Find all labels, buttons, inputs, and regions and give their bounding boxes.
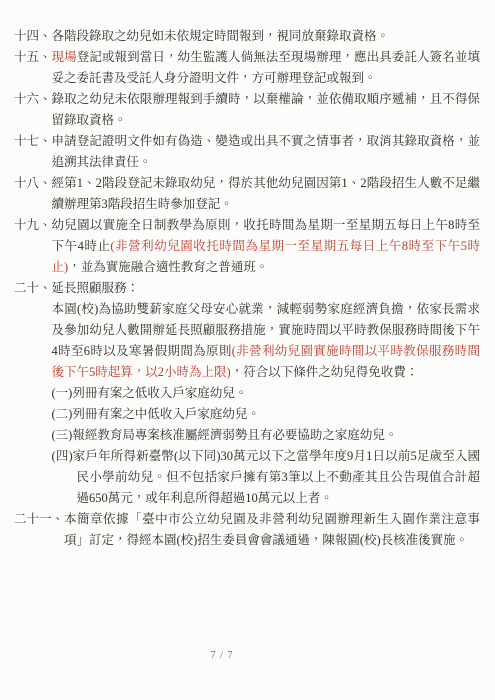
list-item-21: 二十一、本簡章依據「臺中市公立幼兒園及非營利幼兒園辦理新生入園作業注意事項」訂定… (14, 509, 480, 551)
list-item-17: 十七、申請登記證明文件如有偽造、變造或出具不實之情事者，取消其錄取資格，並追溯其… (14, 131, 480, 173)
text-segment: ，並為實施融合適性教育之普通班。 (68, 260, 268, 274)
item-first-paragraph: 申請登記證明文件如有偽造、變造或出具不實之情事者，取消其錄取資格，並追溯其法律責… (52, 131, 480, 173)
list-item-16: 十六、錄取之幼兒未依限辦理報到手續時，以棄權論，並依備取順序遞補，且不得保留錄取… (14, 89, 480, 131)
list-item-14: 十四、各階段錄取之幼兒如未依規定時間報到，視同放棄錄取資格。 (14, 26, 480, 47)
list-item-15: 十五、現場登記或報到當日，幼生監護人倘無法至現場辦理，應出具委託人簽名並填妥之委… (14, 47, 480, 89)
sub-item-prefix: (四) (52, 449, 73, 463)
item-number-label: 二十一、 (14, 509, 64, 530)
text-segment: 錄取之幼兒未依限辦理報到手續時，以棄權論，並依備取順序遞補，且不得保留錄取資格。 (52, 92, 480, 127)
item-first-paragraph: 錄取之幼兒未依限辦理報到手續時，以棄權論，並依備取順序遞補，且不得保留錄取資格。 (52, 89, 480, 131)
red-highlight-text: 現場 (52, 50, 77, 64)
text-segment: 各階段錄取之幼兒如未依規定時間報到，視同放棄錄取資格。 (52, 29, 390, 43)
item-first-paragraph: 延長照顧服務： (52, 278, 480, 299)
text-segment: 申請登記證明文件如有偽造、變造或出具不實之情事者，取消其錄取資格，並追溯其法律責… (52, 134, 480, 169)
item-text: 申請登記證明文件如有偽造、變造或出具不實之情事者，取消其錄取資格，並追溯其法律責… (52, 131, 480, 173)
text-segment: 登記或報到當日，幼生監護人倘無法至現場辦理，應出具委託人簽名並填妥之委託書及受託… (52, 50, 480, 85)
sub-item-prefix: (一) (52, 386, 73, 400)
list-item-19: 十九、幼兒園以實施全日制教學為原則，收托時間為星期一至星期五每日上午8時至下午4… (14, 215, 480, 278)
item-text: 各階段錄取之幼兒如未依規定時間報到，視同放棄錄取資格。 (52, 26, 480, 47)
text-segment: 列冊有案之低收入戶家庭幼兒。 (72, 386, 247, 400)
item-text: 本簡章依據「臺中市公立幼兒園及非營利幼兒園辦理新生入園作業注意事項」訂定，得經本… (64, 509, 480, 551)
item-paragraph: 本園(校)為協助雙薪家庭父母安心就業，減輕弱勢家庭經濟負擔，依家長需求及參加幼兒… (52, 299, 480, 383)
item-number-label: 十八、 (14, 173, 52, 194)
text-segment: 列冊有案之中低收入戶家庭幼兒。 (72, 407, 260, 421)
list-item-18: 十八、經第1、2階段登記未錄取幼兒，得於其他幼兒園因第1、2階段招生人數不足繼續… (14, 173, 480, 215)
sub-item-prefix: (三) (52, 428, 73, 442)
sub-item: (一)列冊有案之低收入戶家庭幼兒。 (52, 383, 480, 404)
text-segment: ，符合以下條件之幼兒得免收費： (231, 365, 419, 379)
item-text: 延長照顧服務：本園(校)為協助雙薪家庭父母安心就業，減輕弱勢家庭經濟負擔，依家長… (52, 278, 480, 509)
list-item-20: 二十、延長照顧服務：本園(校)為協助雙薪家庭父母安心就業，減輕弱勢家庭經濟負擔，… (14, 278, 480, 509)
item-first-paragraph: 經第1、2階段登記未錄取幼兒，得於其他幼兒園因第1、2階段招生人數不足繼續辦理第… (52, 173, 480, 215)
item-number-label: 十七、 (14, 131, 52, 152)
item-first-paragraph: 本簡章依據「臺中市公立幼兒園及非營利幼兒園辦理新生入園作業注意事項」訂定，得經本… (64, 509, 480, 551)
text-segment: 經第1、2階段登記未錄取幼兒，得於其他幼兒園因第1、2階段招生人數不足繼續辦理第… (52, 176, 480, 211)
item-first-paragraph: 各階段錄取之幼兒如未依規定時間報到，視同放棄錄取資格。 (52, 26, 480, 47)
sub-item: (三)報經教育局專案核准屬經濟弱勢且有必要協助之家庭幼兒。 (52, 425, 480, 446)
text-segment: 家戶年所得新臺幣(以下同)30萬元以下之當學年度9月1日以前5足歲至入國民小學前… (73, 449, 480, 505)
item-text: 錄取之幼兒未依限辦理報到手續時，以棄權論，並依備取順序遞補，且不得保留錄取資格。 (52, 89, 480, 131)
item-number-label: 十六、 (14, 89, 52, 110)
item-text: 經第1、2階段登記未錄取幼兒，得於其他幼兒園因第1、2階段招生人數不足繼續辦理第… (52, 173, 480, 215)
document-body: 十四、各階段錄取之幼兒如未依規定時間報到，視同放棄錄取資格。十五、現場登記或報到… (14, 26, 480, 551)
text-segment: 本簡章依據「臺中市公立幼兒園及非營利幼兒園辦理新生入園作業注意事項」訂定，得經本… (64, 512, 480, 547)
sub-item: (二)列冊有案之中低收入戶家庭幼兒。 (52, 404, 480, 425)
item-text: 幼兒園以實施全日制教學為原則，收托時間為星期一至星期五每日上午8時至下午4時止(… (52, 215, 480, 278)
item-first-paragraph: 幼兒園以實施全日制教學為原則，收托時間為星期一至星期五每日上午8時至下午4時止(… (52, 215, 480, 278)
item-number-label: 十四、 (14, 26, 52, 47)
sub-item: (四)家戶年所得新臺幣(以下同)30萬元以下之當學年度9月1日以前5足歲至入國民… (52, 446, 480, 509)
item-number-label: 十五、 (14, 47, 52, 68)
text-segment: 延長照顧服務： (52, 281, 140, 295)
item-number-label: 二十、 (14, 278, 52, 299)
sub-item-prefix: (二) (52, 407, 73, 421)
text-segment: 報經教育局專案核准屬經濟弱勢且有必要協助之家庭幼兒。 (72, 428, 397, 442)
item-number-label: 十九、 (14, 215, 52, 236)
item-text: 現場登記或報到當日，幼生監護人倘無法至現場辦理，應出具委託人簽名並填妥之委託書及… (52, 47, 480, 89)
page-number: 7 / 7 (211, 650, 234, 661)
item-first-paragraph: 現場登記或報到當日，幼生監護人倘無法至現場辦理，應出具委託人簽名並填妥之委託書及… (52, 47, 480, 89)
